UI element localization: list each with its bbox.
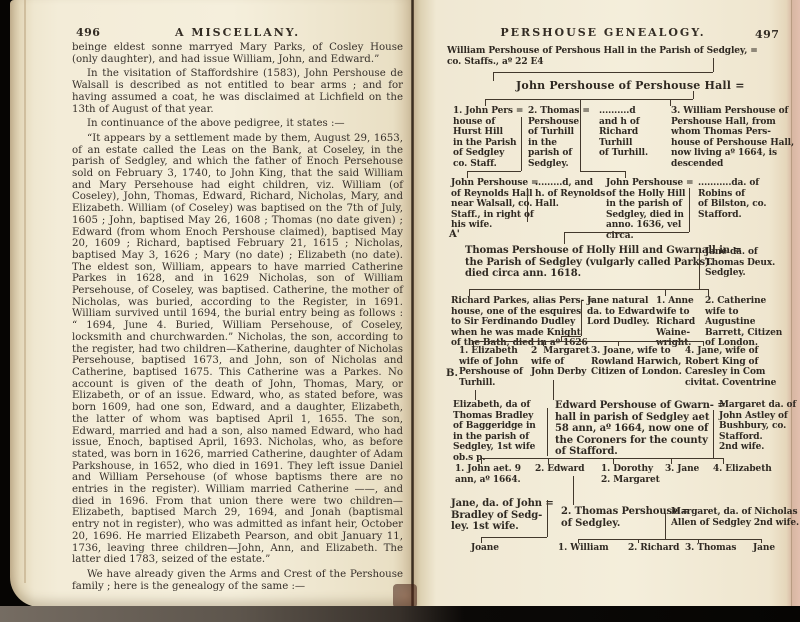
tree-node-john-pershouse-hall: John Pershouse of Pershouse Hall =: [516, 80, 745, 92]
tree-node-dorothy-margaret: 1. Dorothy 2. Margaret: [601, 464, 660, 485]
connector-line: [689, 188, 690, 232]
connector-line: [578, 539, 761, 540]
tree-node-margaret-allen: Margaret, da. of Nicholas Allen of Sedgl…: [671, 507, 799, 528]
tree-node-john-hurst-hill: 1. John Pers = house of Hurst Hill in th…: [453, 106, 523, 170]
connector-line: [665, 514, 666, 539]
connector-line: [547, 500, 548, 537]
connector-line: [467, 171, 468, 178]
connector-line: [708, 289, 709, 296]
connector-line: [485, 99, 486, 106]
tree-node-joane-grandchild: Joane: [471, 543, 499, 554]
tree-node-jane-bradley: Jane, da. of John = Bradley of Sedg- ley…: [451, 498, 554, 533]
tree-node-jane-king: 4. Jane, wife of Robert King of Caresley…: [685, 346, 776, 388]
tree-node-william-grandchild: 1. William: [558, 543, 609, 554]
connector-line: [547, 408, 548, 456]
connector-line: [473, 341, 703, 342]
paragraph: In the visitation of Staffordshire (1583…: [72, 68, 403, 115]
tree-node-robins-daughter: ...........da. of Robins of of Bilston, …: [698, 178, 766, 220]
connector-line: [564, 232, 689, 233]
connector-line: [703, 341, 704, 346]
section-label-a: A': [449, 229, 460, 240]
tree-node-thomas-holly-gwarnall: Thomas Pershouse of Holly Hill and Gwarn…: [465, 245, 742, 280]
connector-line: [564, 232, 565, 244]
connector-line: [713, 410, 714, 458]
connector-line: [481, 537, 547, 538]
connector-line: [553, 380, 554, 400]
paragraph: In continuance of the above pedigree, it…: [72, 118, 403, 130]
connector-line: [521, 117, 522, 171]
connector-line: [467, 171, 521, 172]
tree-node-william-pershouse-hall: William Pershouse of Pershous Hall in th…: [447, 46, 758, 67]
spine-foot-shadow: [393, 584, 417, 608]
connector-line: [625, 171, 626, 178]
tree-node-joane-harwich: 3. Joane, wife to Rowland Harwich, Citiz…: [591, 346, 682, 378]
connector-line: [548, 458, 549, 464]
connector-line: [578, 539, 579, 543]
connector-line: [698, 539, 699, 543]
tree-node-jane-grandchild: Jane: [753, 543, 775, 554]
tree-node-elizabeth-turhill: 1. Elizabeth wife of John Pershouse of T…: [459, 346, 523, 388]
tree-node-jane-deux: Jane da. of Thomas Deux. Sedgley.: [705, 247, 775, 279]
connector-line: [481, 458, 482, 464]
connector-line: [469, 289, 470, 296]
connector-line: [469, 289, 708, 290]
paragraph: We have already given the Arms and Crest…: [72, 569, 403, 592]
connector-line: [580, 99, 581, 171]
connector-line: [475, 390, 476, 400]
tree-node-margaret-astley: Margaret da. of John Astley of Bushbury,…: [719, 400, 796, 453]
page-edge-line: [24, 0, 26, 583]
paragraph: beinge eldest sonne marryed Mary Parks, …: [72, 42, 403, 65]
tree-node-richard-grandchild: 2. Richard: [628, 543, 679, 554]
connector-line: [481, 458, 723, 459]
tree-node-elizabeth-bradley: Elizabeth, da of Thomas Bradley of Bagge…: [453, 400, 536, 464]
right-page: PERSHOUSE GENEALOGY. 497 William Pershou…: [413, 0, 800, 608]
right-running-title: PERSHOUSE GENEALOGY.: [458, 26, 748, 39]
book-bottom-edge: [0, 606, 800, 622]
connector-line: [618, 341, 619, 346]
tree-node-jane-child: 3. Jane: [665, 464, 699, 475]
tree-node-william-pershouse-hall-2: 3. William Pershouse of Pershouse Hall, …: [671, 106, 794, 170]
tree-node-reynolds-heiress: .........d, and h. of Reynolds Hall.: [535, 178, 605, 210]
connector-line: [665, 289, 666, 296]
connector-line: [527, 188, 528, 222]
connector-line: [723, 458, 724, 464]
connector-line: [581, 300, 582, 336]
tree-node-margaret-derby: 2 Margaret wife of John Derby: [531, 346, 590, 378]
connector-line: [493, 72, 713, 73]
connector-line: [485, 99, 693, 100]
tree-node-catherine-barrett: 2. Catherine wife to Augustine Barrett, …: [705, 296, 782, 349]
connector-line: [699, 248, 700, 289]
tree-node-jane-natural-daughter: Jane natural da. to Edward Lord Dudley.: [587, 296, 655, 328]
connector-line: [580, 171, 625, 172]
tree-node-turhill-daughter: ..........d and h of Richard Turhill of …: [599, 106, 648, 159]
connector-line: [573, 476, 574, 505]
connector-line: [613, 458, 614, 464]
tree-node-thomas-grandchild: 3. Thomas: [685, 543, 736, 554]
left-page: 496 A MISCELLANY. beinge eldest sonne ma…: [10, 0, 413, 607]
connector-line: [473, 341, 474, 346]
book-scan: 496 A MISCELLANY. beinge eldest sonne ma…: [0, 0, 800, 622]
right-page-number: 497: [755, 28, 779, 41]
connector-line: [693, 91, 694, 99]
connector-line: [713, 58, 714, 72]
tree-node-elizabeth-child: 4. Elizabeth: [713, 464, 772, 475]
tree-node-john-reynolds-hall: John Pershouse = of Reynolds Hall near W…: [451, 178, 539, 231]
connector-line: [670, 99, 671, 106]
tree-node-edward-child: 2. Edward: [535, 464, 584, 475]
left-running-title: A MISCELLANY.: [72, 26, 403, 39]
connector-line: [761, 539, 762, 543]
connector-line: [543, 341, 544, 346]
tree-node-edward-gwarnhall: Edward Pershouse of Gwarn- = hall in par…: [555, 400, 725, 458]
body-text-column: beinge eldest sonne marryed Mary Parks, …: [72, 42, 403, 595]
paragraph: “It appears by a settlement made by them…: [72, 133, 403, 566]
tree-node-john-aet-9: 1. John aet. 9 ann, aº 1664.: [455, 464, 521, 485]
connector-line: [481, 537, 482, 543]
connector-line: [638, 539, 639, 543]
section-label-b: B.: [446, 368, 458, 379]
connector-line: [671, 458, 672, 464]
connector-line: [561, 336, 581, 337]
book-gutter: [411, 0, 414, 608]
connector-line: [493, 72, 494, 81]
